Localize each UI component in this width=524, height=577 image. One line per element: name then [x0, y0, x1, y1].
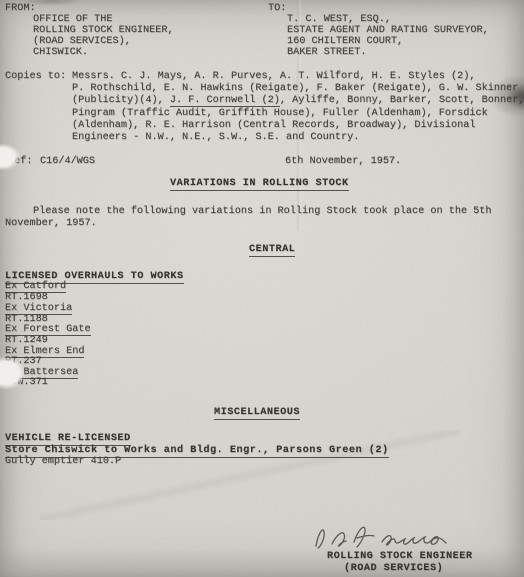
to-line: 160 CHILTERN COURT,	[287, 36, 403, 48]
copies-line: Messrs. C. J. Mays, A. R. Purves, A. T. …	[72, 71, 524, 83]
from-label: FROM:	[5, 3, 36, 15]
section-heading-central: CENTRAL	[249, 244, 295, 257]
to-line: ESTATE AGENT AND RATING SURVEYOR,	[287, 25, 489, 37]
scan-artifact-blob	[0, 357, 25, 389]
to-label: TO:	[268, 3, 286, 15]
from-line: OFFICE OF THE	[33, 14, 112, 26]
copies-line: Engineers - N.W., N.E., S.W., S.E. and C…	[72, 132, 524, 144]
from-line: (ROAD SERVICES),	[33, 36, 131, 48]
from-line: CHISWICK.	[33, 47, 88, 59]
document-title: VARIATIONS IN ROLLING STOCK	[170, 178, 349, 191]
entry-text: RT.1249	[5, 335, 48, 346]
misc-subheading: VEHICLE RE-LICENSED	[5, 433, 131, 446]
copies-line: (Aldenham), R. E. Harrison (Central Reco…	[72, 120, 524, 132]
copies-line: Pingram (Traffic Audit, Griffith House),…	[72, 108, 524, 120]
copies-line: P. Rothschild, E. N. Hawkins (Reigate), …	[72, 83, 524, 95]
date: 6th November, 1957.	[285, 156, 401, 168]
signature-role-line: ROLLING STOCK ENGINEER	[327, 551, 473, 563]
intro-line: Please note the following variations in …	[33, 206, 492, 218]
scanned-letter-page: FROM: OFFICE OF THE ROLLING STOCK ENGINE…	[0, 0, 524, 577]
entry-text: RT.1698	[5, 292, 48, 303]
intro-line: November, 1957.	[5, 218, 97, 230]
to-line: BAKER STREET.	[287, 47, 366, 59]
copies-line-segment: , Ayliffe, Bonny, Barker, Scott, Bonner,	[280, 95, 524, 106]
copies-line-segment: (Publicity)(4),	[72, 95, 170, 106]
section-heading-miscellaneous: MISCELLANEOUS	[214, 407, 300, 420]
copies-line-underlined-segment: J. F. Cornwell (2)	[170, 95, 280, 107]
from-line: ROLLING STOCK ENGINEER,	[33, 25, 174, 37]
ref-number: C16/4/WGS	[40, 156, 95, 168]
copies-list: Messrs. C. J. Mays, A. R. Purves, A. T. …	[72, 71, 524, 144]
scan-artifact-blob	[0, 144, 20, 170]
copies-label: Copies to:	[5, 71, 66, 83]
misc-entry-vehicle: Gully emptier 410.P	[5, 456, 121, 468]
copies-line: (Publicity)(4), J. F. Cornwell (2), Ayli…	[72, 95, 524, 107]
to-line: T. C. WEST, ESQ.,	[287, 14, 391, 26]
signature-role-line: (ROAD SERVICES)	[344, 563, 443, 575]
